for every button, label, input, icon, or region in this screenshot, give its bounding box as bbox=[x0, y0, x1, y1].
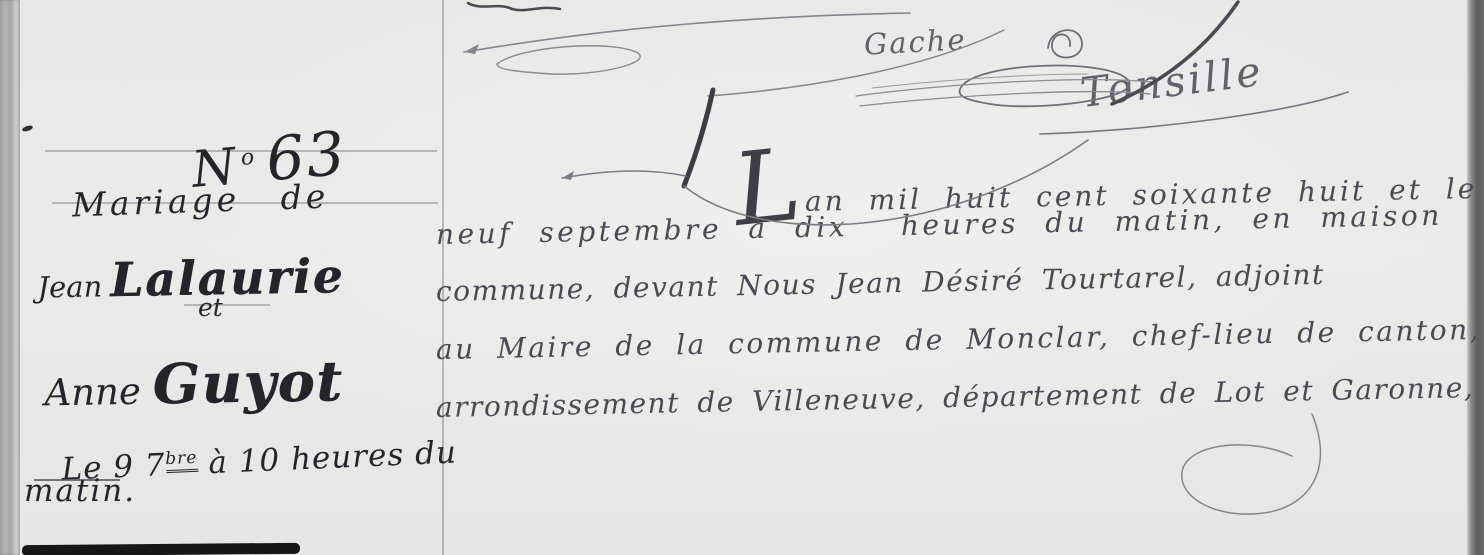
body-line: au Maire de la commune de Monclar, chef-… bbox=[436, 316, 1482, 364]
groom-first-name: Jean bbox=[37, 269, 102, 304]
date-month-abbrev: bre bbox=[165, 447, 198, 472]
groom-surname: Lalaurie bbox=[110, 249, 345, 308]
signature-tonsille: Tonsille bbox=[1078, 51, 1266, 114]
ink-separator-bar bbox=[22, 543, 300, 555]
body-line: arrondissement de Villeneuve, départemen… bbox=[436, 374, 1475, 422]
ink-blot-mark bbox=[21, 124, 33, 132]
body-line: commune, devant Nous Jean Désiré Tourtar… bbox=[436, 261, 1325, 306]
signature-paraph-line bbox=[872, 74, 1088, 88]
act-number-ordinal: o bbox=[240, 145, 255, 171]
descender-loop bbox=[1182, 414, 1321, 514]
body-line: neuf septembre à dix heures du matin, en… bbox=[436, 202, 1443, 249]
drop-cap-entry-arrowhead bbox=[562, 171, 574, 180]
paraph-stroke bbox=[464, 13, 910, 52]
act-title: Mariage de bbox=[72, 180, 330, 222]
paraph-arrowhead bbox=[464, 44, 479, 54]
register-page-scan: No63 Mariage de JeanLalaurie et AnneGuyo… bbox=[0, 0, 1484, 555]
cut-off-top-writing bbox=[468, 3, 560, 10]
conjunction-et: et bbox=[198, 295, 223, 320]
signature-knot bbox=[1048, 30, 1082, 57]
act-number: No63 bbox=[97, 74, 353, 255]
paraph-loop bbox=[497, 46, 640, 74]
groom-name: JeanLalaurie bbox=[16, 237, 345, 322]
page-edge-shadow bbox=[1467, 0, 1484, 555]
signature-gache: Gache bbox=[863, 25, 967, 59]
margin-date-line2: matin. bbox=[24, 476, 136, 507]
drop-cap-initial: L bbox=[734, 184, 803, 191]
date-suffix: à 10 heures du bbox=[197, 434, 458, 481]
bride-first-name: Anne bbox=[44, 370, 141, 415]
bride-surname: Guyot bbox=[152, 348, 344, 416]
